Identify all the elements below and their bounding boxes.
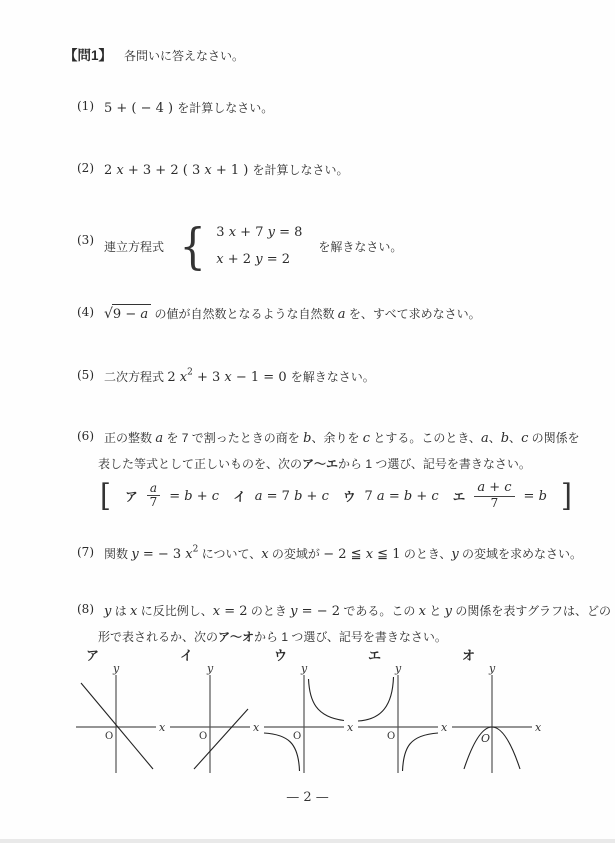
q2-number: (2) <box>77 161 95 179</box>
question-3: (3) 連立方程式 { 3 x + 7 y = 8 x + 2 y = 2 を解… <box>64 219 575 273</box>
graph-e: エ y x O <box>354 649 448 775</box>
q8-line-1: y は x に反比例し、x = 2 のとき y = − 2 である。この x と… <box>104 602 611 620</box>
graph-a-label: ア <box>72 649 166 663</box>
hyperbola-q2-branch <box>358 677 394 721</box>
graph-u-plot: y x O <box>260 663 354 775</box>
graph-u: ウ y x O <box>260 649 354 775</box>
x-axis-label: x <box>253 721 260 734</box>
x-axis-label: x <box>159 721 166 734</box>
page-content: 【問1】 各問いに答えなさい。 (1) 5 + ( − 4 ) を計算しなさい。… <box>64 44 575 775</box>
q6-options: [ アa7 = b + c イa = 7 b + c ウ7 a = b + c … <box>100 481 572 511</box>
q6-body: 正の整数 a を 7 で割ったときの商を b、余りを c とする。このとき、a、… <box>104 429 580 511</box>
q3-suffix: を解きなさい。 <box>318 238 402 255</box>
x-axis-label: x <box>347 721 354 734</box>
q7-number: (7) <box>77 545 95 563</box>
graph-a: ア y x O <box>72 649 166 775</box>
option-a: アa7 = b + c <box>125 482 219 511</box>
y-axis-label: y <box>300 663 308 675</box>
graph-o-plot: y O x <box>448 663 542 775</box>
q7-text: 関数 y = − 3 x2 について、x の変域が − 2 ≦ x ≦ 1 のと… <box>104 545 582 563</box>
descending-line-curve <box>81 683 153 769</box>
y-axis-label: y <box>112 663 120 675</box>
q6-number: (6) <box>77 429 95 511</box>
y-axis-label: y <box>394 663 402 675</box>
graph-o: オ y O x <box>448 649 542 775</box>
q6-line-2: 表した等式として正しいものを、次のア～エから 1 つ選び、記号を書きなさい。 <box>98 455 580 473</box>
y-axis-label: y <box>488 663 496 675</box>
close-bracket: ] <box>561 480 572 511</box>
graph-o-label: オ <box>448 649 542 663</box>
question-2: (2) 2 x + 3 + 2 ( 3 x + 1 ) を計算しなさい。 <box>64 161 575 179</box>
open-bracket: [ <box>100 480 111 511</box>
graph-a-plot: y x O <box>72 663 166 775</box>
q6-line-1: 正の整数 a を 7 で割ったときの商を b、余りを c とする。このとき、a、… <box>104 429 580 447</box>
option-e: エa + c7 = b <box>453 481 547 511</box>
graph-i-plot: y x O <box>166 663 260 775</box>
graph-e-label: エ <box>354 649 448 663</box>
question-8: (8) y は x に反比例し、x = 2 のとき y = − 2 である。この… <box>64 602 575 646</box>
q3-label: 連立方程式 <box>104 238 164 255</box>
option-u: ウ7 a = b + c <box>343 487 439 505</box>
origin-label: O <box>105 731 113 742</box>
square-root: √9 − a <box>104 305 151 323</box>
x-axis-label: x <box>535 721 542 734</box>
question-number-tag: 【問1】 <box>64 44 112 64</box>
hyperbola-q1-branch <box>309 679 345 721</box>
answer-graphs: ア y x O イ y x O <box>72 649 575 775</box>
origin-label: O <box>199 731 207 742</box>
question-5: (5) 二次方程式 2 x2 + 3 x − 1 = 0 を解きなさい。 <box>64 368 575 386</box>
graph-e-plot: y x O <box>354 663 448 775</box>
x-axis-label: x <box>441 721 448 734</box>
q4-text: √9 − a の値が自然数となるような自然数 a を、すべて求めなさい。 <box>104 305 481 323</box>
fraction: a7 <box>147 482 161 511</box>
q3-equation-1: 3 x + 7 y = 8 <box>216 219 302 246</box>
question-instruction: 各問いに答えなさい。 <box>124 47 244 64</box>
q1-number: (1) <box>77 99 95 117</box>
origin-label: O <box>387 731 395 742</box>
option-i: イa = 7 b + c <box>233 487 329 505</box>
question-6: (6) 正の整数 a を 7 で割ったときの商を b、余りを c とする。このと… <box>64 429 575 511</box>
hyperbola-q4-branch <box>403 733 439 771</box>
q4-number: (4) <box>77 305 95 323</box>
question-7: (7) 関数 y = − 3 x2 について、x の変域が − 2 ≦ x ≦ … <box>64 545 575 563</box>
q3-equations: 3 x + 7 y = 8 x + 2 y = 2 <box>216 219 302 273</box>
q8-line-2: 形で表されるか、次のア～オから 1 つ選び、記号を書きなさい。 <box>98 628 611 646</box>
graph-i-label: イ <box>166 649 260 663</box>
question-4: (4) √9 − a の値が自然数となるような自然数 a を、すべて求めなさい。 <box>64 305 575 323</box>
q3-number: (3) <box>77 219 95 273</box>
graph-i: イ y x O <box>166 649 260 775</box>
origin-label: O <box>481 732 490 745</box>
origin-label: O <box>293 731 301 742</box>
q3-equation-2: x + 2 y = 2 <box>216 246 302 273</box>
radicand: 9 − a <box>112 304 151 322</box>
fraction: a + c7 <box>474 481 514 511</box>
page-number: — 2 — <box>0 790 615 805</box>
q8-number: (8) <box>77 602 95 646</box>
q5-number: (5) <box>77 368 95 386</box>
q2-text: 2 x + 3 + 2 ( 3 x + 1 ) を計算しなさい。 <box>104 161 348 179</box>
q8-body: y は x に反比例し、x = 2 のとき y = − 2 である。この x と… <box>104 602 611 646</box>
q1-text: 5 + ( − 4 ) を計算しなさい。 <box>104 99 273 117</box>
exam-page: 【問1】 各問いに答えなさい。 (1) 5 + ( − 4 ) を計算しなさい。… <box>0 0 615 843</box>
system-brace: { <box>179 222 205 270</box>
question-1: (1) 5 + ( − 4 ) を計算しなさい。 <box>64 99 575 117</box>
graph-u-label: ウ <box>260 649 354 663</box>
y-axis-label: y <box>206 663 214 675</box>
page-bottom-edge <box>0 839 615 843</box>
question-header: 【問1】 各問いに答えなさい。 <box>64 44 575 64</box>
q5-text: 二次方程式 2 x2 + 3 x − 1 = 0 を解きなさい。 <box>104 368 375 386</box>
q3-system: 連立方程式 { 3 x + 7 y = 8 x + 2 y = 2 を解きなさい… <box>104 219 402 273</box>
